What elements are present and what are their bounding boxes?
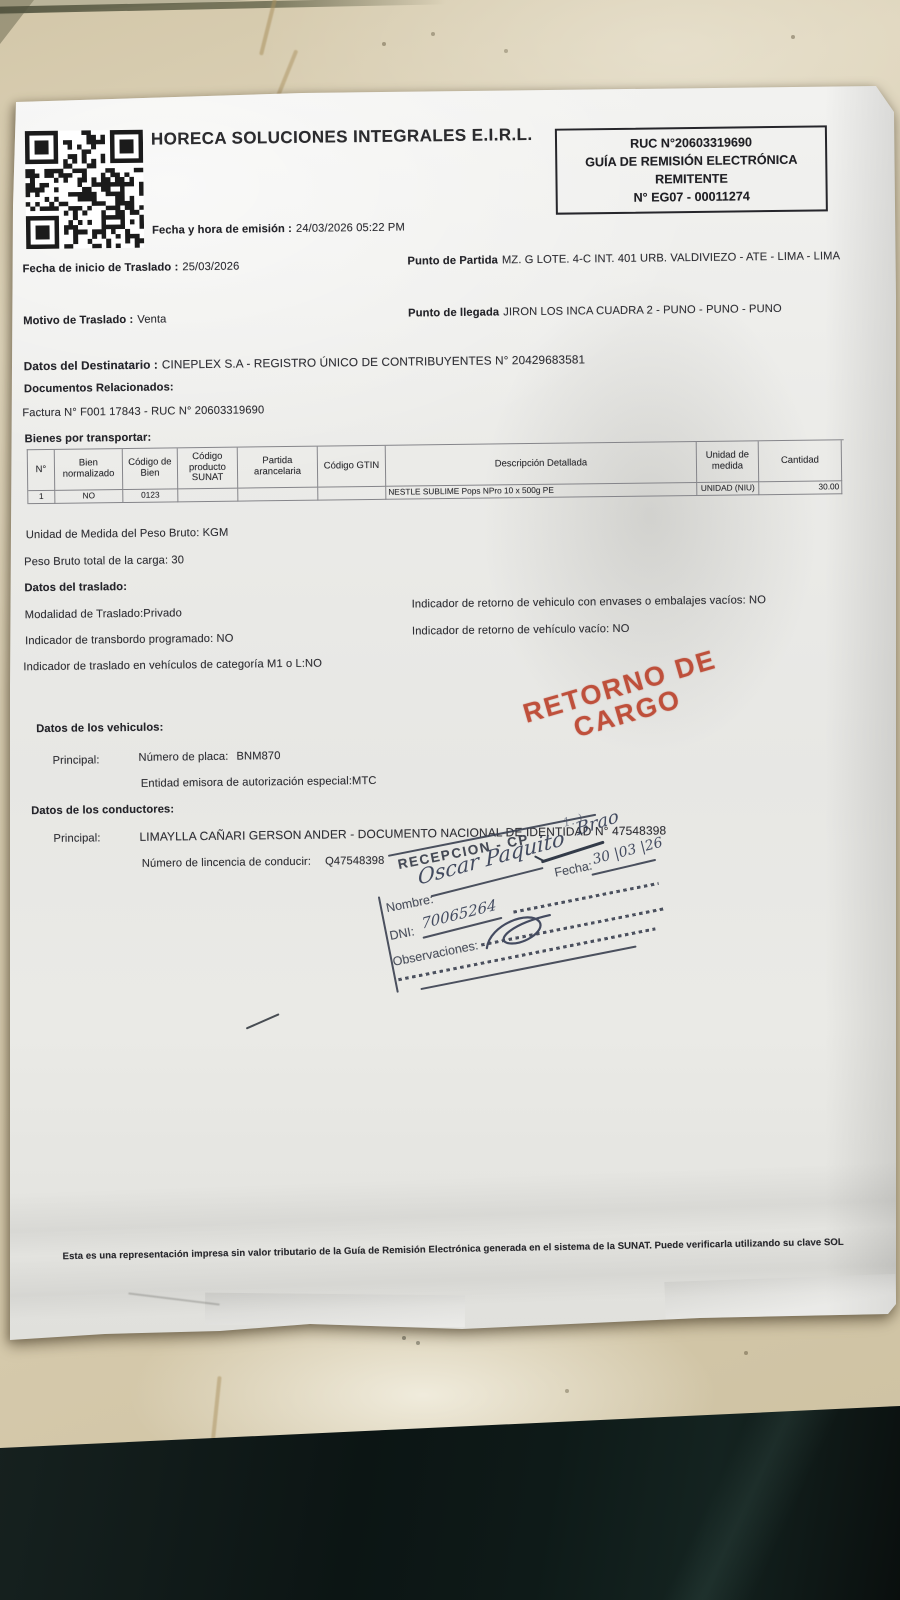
col-header: Bien normalizado [55,449,123,491]
cell-item-code: 0123 [123,489,178,503]
gross-weight-total: Peso Bruto total de la carga: 30 [24,554,184,568]
cell-tariff [238,488,318,502]
cell-sunat-code [178,489,238,503]
driver-principal-label: Principal: [53,832,100,845]
photo-of-document: { "palette":{"tile":"#d8cdb1","paper":"#… [0,0,900,1600]
goods-label: Bienes por transportar: [25,432,152,446]
footer-disclaimer: Esta es una representación impresa sin v… [63,1237,844,1262]
empty-vehicle-indicator: Indicador de retorno de vehículo vacío: … [412,623,630,638]
cell-num: 1 [28,491,55,504]
col-header: Cantidad [759,440,842,482]
guide-number: N° EG07 - 00011274 [558,187,826,209]
origin-point: Punto de PartidaMZ. G LOTE. 4-C INT. 401… [407,250,840,267]
company-name: HORECA SOLUCIONES INTEGRALES E.I.R.L. [151,125,533,150]
invoice-reference: Factura N° F001 17843 - RUC N° 206033196… [22,404,264,419]
cell-unit: UNIDAD (NIU) [697,482,759,496]
col-header: Descripción Detallada [386,442,697,487]
document-content: HORECA SOLUCIONES INTEGRALES E.I.R.L. RU… [2,81,900,1348]
cell-normalized: NO [55,490,123,504]
cell-description: NESTLE SUBLIME Pops NPro 10 x 500g PE [386,483,697,500]
transfer-modality: Modalidad de Traslado:Privado [25,607,182,621]
date-label: Fecha: [553,859,593,880]
ruc-header-box: RUC N°20603319690 GUÍA DE REMISIÓN ELECT… [555,125,828,214]
emission-datetime: Fecha y hora de emisión :24/03/2026 05:2… [152,222,405,237]
vehicles-label: Datos de los vehiculos: [36,722,163,736]
name-label: Nombre: [385,892,435,915]
shipping-guide-document: HORECA SOLUCIONES INTEGRALES E.I.R.L. RU… [10,86,896,1342]
consignee-data: Datos del Destinatario :CINEPLEX S.A - R… [24,352,586,373]
m1l-category-indicator: Indicador de traslado en vehículos de ca… [23,658,322,674]
handwritten-name-2: Brao [575,806,620,840]
transfer-start-date: Fecha de inicio de Traslado :25/03/2026 [22,261,239,276]
col-header: Código de Bien [123,448,178,490]
retorno-de-cargo-stamp: RETORNO DE CARGO [520,645,727,755]
goods-table: N° Bien normalizado Código de Bien Códig… [27,439,845,504]
qr-code [25,130,144,249]
paper-shadow-wrap: HORECA SOLUCIONES INTEGRALES E.I.R.L. RU… [0,0,900,1600]
empty-packaging-indicator: Indicador de retorno de vehiculo con env… [412,594,766,610]
col-header: Código GTIN [318,446,386,488]
transfer-data-label: Datos del traslado: [24,581,127,594]
driver-license: Número de lincencia de conducir:Q4754839… [142,855,385,870]
pen-stroke [246,1013,280,1030]
col-header: Código producto SUNAT [178,448,238,490]
authorization-entity: Entidad emisora de autorización especial… [141,775,377,790]
vehicle-principal-label: Principal: [52,754,99,767]
dni-label: DNI: [388,924,415,943]
drivers-label: Datos de los conductores: [31,803,174,817]
cell-quantity: 30.00 [759,481,842,495]
col-header: Partida arancelaria [238,447,318,489]
cell-gtin [318,487,386,501]
gross-weight-unit: Unidad de Medida del Peso Bruto: KGM [26,527,229,541]
plate-number: Número de placa:BNM870 [138,750,280,764]
handwritten-date: 30 |03 |26 [591,835,665,868]
related-documents-label: Documentos Relacionados: [24,381,174,395]
transshipment-indicator: Indicador de transbordo programado: NO [25,633,234,648]
destination-point: Punto de llegadaJIRON LOS INCA CUADRA 2 … [408,303,782,320]
col-header: Unidad de medida [697,441,759,483]
col-header: N° [28,450,55,491]
transfer-reason: Motivo de Traslado :Venta [23,313,166,327]
